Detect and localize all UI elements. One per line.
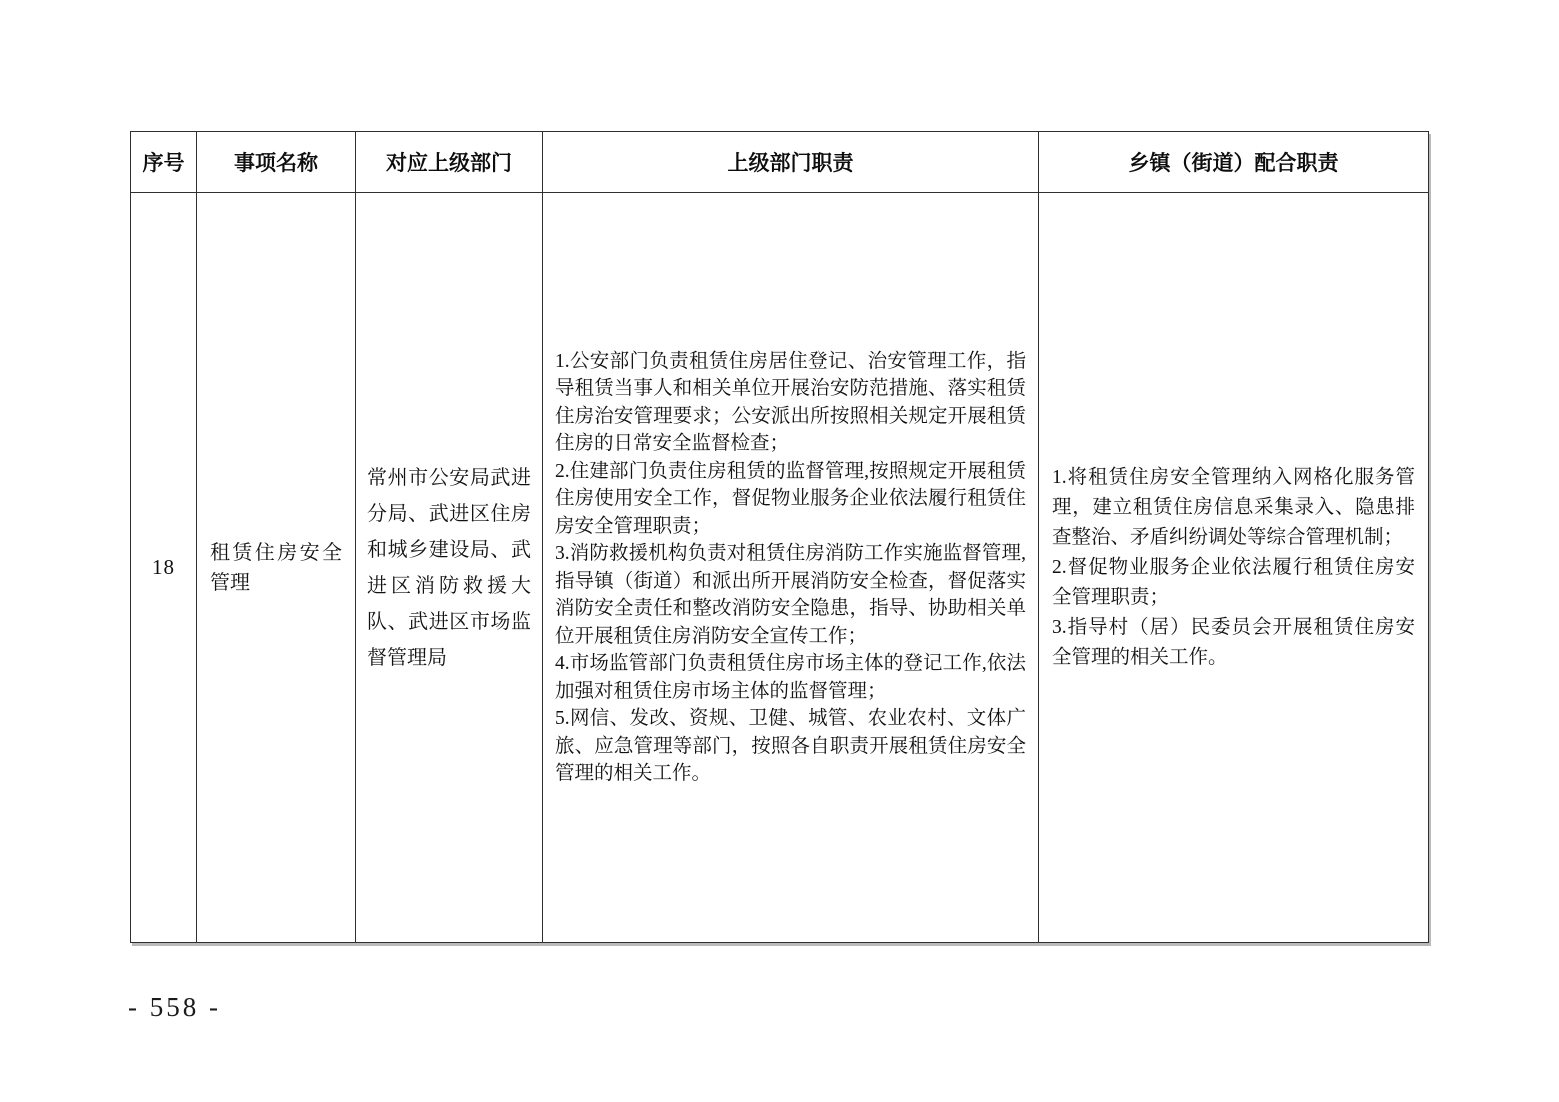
cell-superior-department: 常州市公安局武进分局、武进区住房和城乡建设局、武进区消防救援大队、武进区市场监督… <box>356 193 543 943</box>
superior-duty-paragraph: 2.住建部门负责住房租赁的监督管理,按照规定开展租赁住房使用安全工作，督促物业服… <box>555 458 1026 541</box>
superior-duty-paragraph: 1.公安部门负责租赁住房居住登记、治安管理工作，指导租赁当事人和相关单位开展治安… <box>555 348 1026 458</box>
header-township-duties: 乡镇（街道）配合职责 <box>1039 132 1429 193</box>
cell-serial-number: 18 <box>131 193 197 943</box>
cell-superior-duties: 1.公安部门负责租赁住房居住登记、治安管理工作，指导租赁当事人和相关单位开展治安… <box>543 193 1039 943</box>
superior-duty-paragraph: 5.网信、发改、资规、卫健、城管、农业农村、文体广旅、应急管理等部门，按照各自职… <box>555 705 1026 788</box>
header-serial-number: 序号 <box>131 132 197 193</box>
township-duty-paragraph: 3.指导村（居）民委员会开展租赁住房安全管理的相关工作。 <box>1052 613 1415 673</box>
cell-township-duties: 1.将租赁住房安全管理纳入网格化服务管理，建立租赁住房信息采集录入、隐患排查整治… <box>1039 193 1429 943</box>
header-item-name: 事项名称 <box>197 132 356 193</box>
table-row: 18 租赁住房安全管理 常州市公安局武进分局、武进区住房和城乡建设局、武进区消防… <box>131 193 1429 943</box>
township-duty-paragraph: 1.将租赁住房安全管理纳入网格化服务管理，建立租赁住房信息采集录入、隐患排查整治… <box>1052 463 1415 553</box>
page-number: - 558 - <box>128 992 221 1023</box>
township-duty-paragraph: 2.督促物业服务企业依法履行租赁住房安全管理职责； <box>1052 553 1415 613</box>
cell-item-name: 租赁住房安全管理 <box>197 193 356 943</box>
document-page: 序号 事项名称 对应上级部门 上级部门职责 乡镇（街道）配合职责 18 租赁住房… <box>0 0 1559 1102</box>
table-header-row: 序号 事项名称 对应上级部门 上级部门职责 乡镇（街道）配合职责 <box>131 132 1429 193</box>
header-superior-department: 对应上级部门 <box>356 132 543 193</box>
superior-duty-paragraph: 4.市场监管部门负责租赁住房市场主体的登记工作,依法加强对租赁住房市场主体的监督… <box>555 650 1026 705</box>
superior-duty-paragraph: 3.消防救援机构负责对租赁住房消防工作实施监督管理,指导镇（街道）和派出所开展消… <box>555 540 1026 650</box>
header-superior-duties: 上级部门职责 <box>543 132 1039 193</box>
responsibility-table: 序号 事项名称 对应上级部门 上级部门职责 乡镇（街道）配合职责 18 租赁住房… <box>130 131 1429 943</box>
